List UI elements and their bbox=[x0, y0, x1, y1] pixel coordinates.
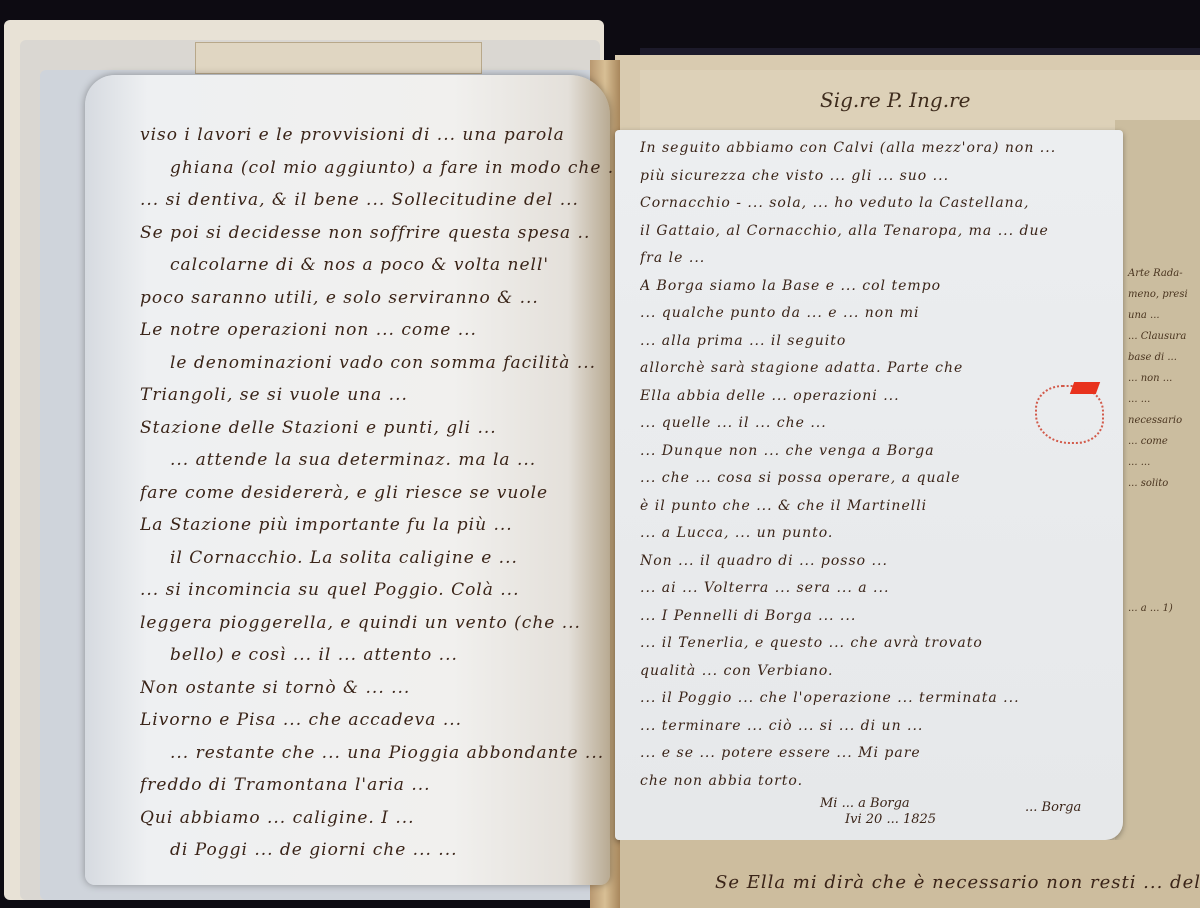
left-page-line: bello) e così ... il ... attento ... bbox=[170, 645, 458, 665]
right-page-line: fra le ... bbox=[640, 250, 705, 266]
right-page-line: che non abbia torto. bbox=[640, 773, 803, 789]
margin-note-line: ... come bbox=[1128, 436, 1168, 447]
left-page-line: ... attende la sua determinaz. ma la ... bbox=[170, 450, 536, 470]
right-page-line: ... il Tenerlia, e questo ... che avrà t… bbox=[640, 635, 983, 651]
left-page-line: ... si incomincia su quel Poggio. Colà .… bbox=[140, 580, 520, 600]
left-page-line: Le notre operazioni non ... come ... bbox=[140, 320, 477, 340]
letter-closing: Mi ... a Borga bbox=[820, 796, 910, 811]
right-page-line: ... Dunque non ... che venga a Borga bbox=[640, 443, 935, 459]
right-margin-sheet bbox=[1115, 120, 1200, 860]
left-page-line: di Poggi ... de giorni che ... ... bbox=[170, 840, 458, 860]
margin-note-line: ... Clausura bbox=[1128, 331, 1186, 342]
right-page-line: più sicurezza che visto ... gli ... suo … bbox=[640, 168, 949, 184]
margin-note-line: base di ... bbox=[1128, 352, 1177, 363]
right-page-line: ... a Lucca, ... un punto. bbox=[640, 525, 833, 541]
left-page-line: Se poi si decidesse non soffrire questa … bbox=[140, 223, 590, 243]
right-page-line: qualità ... con Verbiano. bbox=[640, 663, 833, 679]
right-page-line: ... terminare ... ciò ... si ... di un .… bbox=[640, 718, 923, 734]
paper-tab bbox=[195, 42, 482, 74]
left-page-line: il Cornacchio. La solita caligine e ... bbox=[170, 548, 518, 568]
left-page-line: viso i lavori e le provvisioni di ... un… bbox=[140, 125, 565, 145]
right-page-line: allorchè sarà stagione adatta. Parte che bbox=[640, 360, 963, 376]
margin-note-line: ... ... bbox=[1128, 457, 1150, 468]
right-page-line: è il punto che ... & che il Martinelli bbox=[640, 498, 927, 514]
left-page-line: Non ostante si tornò & ... ... bbox=[140, 678, 410, 698]
letter-date: Ivi 20 ... 1825 bbox=[845, 812, 936, 827]
margin-note-line: ... a ... 1) bbox=[1128, 603, 1173, 614]
left-page-line: Stazione delle Stazioni e punti, gli ... bbox=[140, 418, 497, 438]
margin-note-line: ... solito bbox=[1128, 478, 1168, 489]
left-page-line: poco saranno utili, e solo serviranno & … bbox=[140, 288, 539, 308]
left-page-line: La Stazione più importante fu la più ... bbox=[140, 515, 513, 535]
right-page-line: Non ... il quadro di ... posso ... bbox=[640, 553, 888, 569]
left-page-line: fare come desidererà, e gli riesce se vu… bbox=[140, 483, 548, 503]
bottom-sheet-line: Se Ella mi dirà che è necessario non res… bbox=[715, 872, 1200, 893]
right-page-line: ... ai ... Volterra ... sera ... a ... bbox=[640, 580, 889, 596]
margin-note-line: una ... bbox=[1128, 310, 1160, 321]
left-page-line: le denominazioni vado con somma facilità… bbox=[170, 353, 596, 373]
right-page-line: A Borga siamo la Base e ... col tempo bbox=[640, 278, 941, 294]
letter-signature: ... Borga bbox=[1025, 800, 1081, 815]
left-page-line: calcolarne di & nos a poco & volta nell' bbox=[170, 255, 549, 275]
left-page-line: leggera pioggerella, e quindi un vento (… bbox=[140, 613, 581, 633]
margin-note-line: meno, presi bbox=[1128, 289, 1188, 300]
right-page-line: ... I Pennelli di Borga ... ... bbox=[640, 608, 856, 624]
left-page-line: Livorno e Pisa ... che accadeva ... bbox=[140, 710, 462, 730]
right-page-line: ... alla prima ... il seguito bbox=[640, 333, 846, 349]
left-page-line: ghiana (col mio aggiunto) a fare in modo… bbox=[170, 158, 620, 178]
right-page-line: ... qualche punto da ... e ... non mi bbox=[640, 305, 919, 321]
right-page-line: Cornacchio - ... sola, ... ho veduto la … bbox=[640, 195, 1030, 211]
right-page-line: ... il Poggio ... che l'operazione ... t… bbox=[640, 690, 1020, 706]
left-page-line: freddo di Tramontana l'aria ... bbox=[140, 775, 431, 795]
red-seal-icon bbox=[1070, 382, 1100, 394]
right-page-line: ... e se ... potere essere ... Mi pare bbox=[640, 745, 921, 761]
right-page-line: il Gattaio, al Cornacchio, alla Tenaropa… bbox=[640, 223, 1049, 239]
left-page-line: Qui abbiamo ... caligine. I ... bbox=[140, 808, 415, 828]
margin-note-line: ... non ... bbox=[1128, 373, 1172, 384]
right-page-line: Ella abbia delle ... operazioni ... bbox=[640, 388, 900, 404]
left-page-line: ... restante che ... una Pioggia abbonda… bbox=[170, 743, 604, 763]
right-page-line: ... quelle ... il ... che ... bbox=[640, 415, 827, 431]
right-page-line: In seguito abbiamo con Calvi (alla mezz'… bbox=[640, 140, 1056, 156]
margin-note-line: Arte Rada- bbox=[1128, 268, 1183, 279]
right-page-line: ... che ... cosa si possa operare, a qua… bbox=[640, 470, 961, 486]
margin-note-line: ... ... bbox=[1128, 394, 1150, 405]
letter-header: Sig.re P. Ing.re bbox=[820, 88, 970, 112]
left-page-line: Triangoli, se si vuole una ... bbox=[140, 385, 408, 405]
margin-note-line: necessario bbox=[1128, 415, 1182, 426]
left-page-line: ... si dentiva, & il bene ... Sollecitud… bbox=[140, 190, 579, 210]
